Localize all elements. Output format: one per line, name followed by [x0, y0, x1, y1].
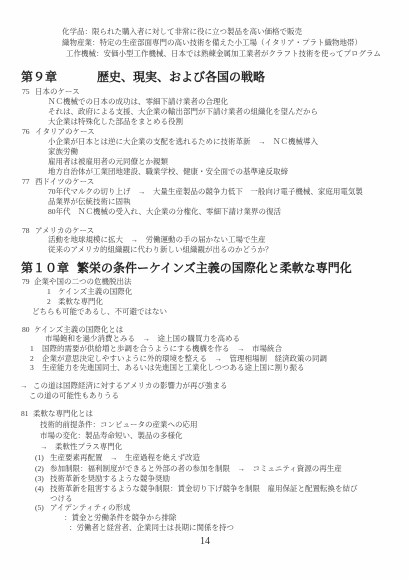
text-line: 80年代 ＮＣ機械の受入れ、大企業の分権化、零細下請け業界の復活 [48, 207, 281, 216]
point-text: アイデンティティの形成 [50, 503, 130, 512]
chapter9-label: 第９章 [21, 71, 57, 84]
subitem-text: ケインズ主義の国際化 [58, 287, 132, 296]
point-number: (2) [35, 464, 44, 473]
text-line: この道は国際経済に対するアメリカの影響力が再び強まる [33, 381, 227, 390]
text-line: 品業界が伝統技術に固執 [48, 197, 131, 206]
text-line: 市場飽和を過少消費とみる → 途上国の購買力を高める [45, 334, 240, 343]
point-text-continuation: つける [50, 494, 73, 503]
subitem-text: 国際的需要が供給増と歩調を合うようにする機構を作る → 市場統合 [42, 344, 282, 353]
point-text: 参加制限：福利制度ができると外部の者の参加を制限 → コミュニティ資源の再生産 [50, 464, 342, 473]
identity-detail-line: ：賃金と労働条件を競争から排除 [64, 513, 177, 522]
text-line: 活動を地球規模に拡大 → 労働運動の手の届かない工場で生産 [48, 235, 266, 244]
subitem-text: 企業が意思決定しやすいように外的環境を整える → 管理相場制 経済政策の同調 [42, 354, 327, 363]
subitem-number: 1 [30, 344, 34, 353]
subitem-number: 1 [47, 287, 51, 296]
subitem-text: 柔軟な専門化 [58, 297, 103, 306]
section-number: 80 [22, 325, 30, 334]
section-title: アメリカのケース [35, 226, 94, 235]
section-title: 日本のケース [35, 87, 80, 96]
text-line: 家族労働 [48, 147, 78, 156]
text-line: 大企業は特殊化した部品をまとめる役割 [48, 117, 183, 126]
text-line: ＮＣ機械での日本の成功は、零細下請け業者の合理化 [48, 97, 228, 106]
section-number: 79 [22, 277, 30, 286]
section-number: 81 [21, 409, 29, 418]
point-number: (5) [35, 503, 44, 512]
point-text: 技術革新を奨励するような競争奨励 [50, 474, 170, 483]
prelude-line: 化学品：限られた購入者に対して非常に役に立つ製品を高い価格で販売 [62, 27, 302, 36]
text-line: 小企業が日本とは逆に大企業の支配を逃れるために技術革新 → ＮＣ機械導入 [48, 137, 318, 146]
identity-detail-line: ：労働者と経営者、企業同士は長期に関係を持つ [69, 523, 234, 532]
section-title: 柔軟な専門化とは [33, 409, 93, 418]
prelude-line: 織物産業：特定の生産部面専門の高い技術を備えた小工場（イタリア・プラト織物地帯） [62, 38, 362, 47]
chapter10-title: 繁栄の条件ーケインズ主義の国際化と柔軟な専門化 [77, 262, 352, 275]
section-number: 76 [22, 127, 30, 136]
subitem-number: 3 [30, 363, 34, 372]
subitem-number: 2 [47, 297, 51, 306]
subitem-text: 生産能力を先進国同士、あるいは先進国と工業化しつつある途上国に割り振る [42, 363, 305, 372]
text-line: 地方自治体が工業団地建設、職業学校、健康・安全面での基準違反取締 [48, 167, 288, 176]
prelude-line: 工作機械：安価小型工作機械、日本では熟練金属加工業者がクラフト技術を使ってプログ… [66, 49, 381, 58]
text-line: 技術的前提条件：コンピュータの産業への応用 [40, 420, 198, 429]
section-title: ケインズ主義の国際化とは [34, 325, 123, 334]
chapter9-title: 歴史、現実、および各国の戦略 [97, 71, 265, 84]
subitem-number: 2 [30, 354, 34, 363]
text-line: 70年代マルクの切り上げ → 大量生産製品の競争力低下 一般向け電子機械、家庭用… [48, 187, 363, 196]
page-number: 14 [0, 536, 410, 547]
point-number: (4) [35, 484, 44, 493]
text-line: それは、政府による支援、大企業の輸出部門が下請け業者の組織化を望んだから [48, 107, 318, 116]
document-page: 化学品：限られた購入者に対して非常に役に立つ製品を高い価格で販売 織物産業：特定… [0, 0, 410, 580]
section-title: イタリアのケース [35, 127, 95, 136]
point-number: (3) [35, 474, 44, 483]
point-text: 生産要素再配置 → 生産過程を絶えず改造 [50, 453, 200, 462]
section-title: 西ドイツのケース [35, 177, 94, 186]
arrow-glyph: → [20, 381, 28, 390]
section-number: 77 [22, 177, 30, 186]
text-line: → 柔軟性プラス専門化 [40, 442, 122, 451]
section-number: 78 [22, 226, 30, 235]
text-line: 従来のアメリカ的組織観に代わり新しい組織観が出るのかどうか？ [48, 245, 272, 254]
text-line: どちらも可能であるし、不可避ではない [32, 307, 167, 316]
point-number: (1) [35, 453, 44, 462]
point-text: 技術革新を阻害するような競争制限：賃金切り下げ競争を制限 雇用保証と配置転換を結… [50, 484, 358, 493]
text-line: 市場の変化：製品寿命短い、製品の多様化 [40, 431, 183, 440]
chapter10-label: 第１０章 [21, 262, 69, 275]
text-line: 雇用者は被雇用者の元同僚とか親類 [48, 157, 168, 166]
section-title: 企業や国の二つの危機脱出法 [34, 277, 132, 286]
section-number: 75 [22, 87, 30, 96]
text-line: この道の可能性もありうる [29, 391, 119, 400]
